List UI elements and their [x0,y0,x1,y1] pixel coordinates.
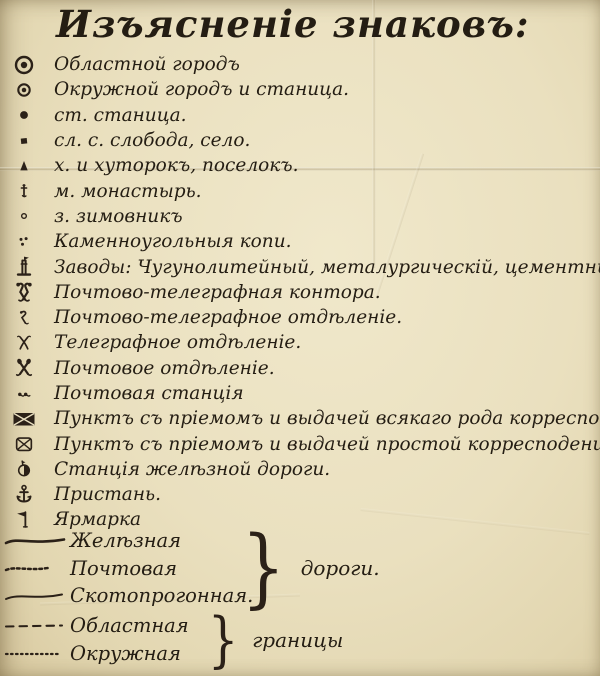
legend-label: Почтово-телеграфное отдѣленіе. [54,307,402,328]
post-telegraph-office-icon [2,279,46,305]
legend-label: сл. с. слобода, село. [54,130,250,151]
borders-rows: Областная Окружная [4,612,204,667]
post-road-line-icon [4,559,68,577]
legend-label: Телеграфное отдѣленіе. [54,332,301,353]
legend-row-post-telegraph-office: Почтово-телеграфная контора. [2,280,598,305]
page-title: Изъясненіе знаковъ: [56,2,530,46]
oblast-city-icon [2,53,46,77]
envelope-outline-icon [2,434,46,454]
road-label: Желѣзная [70,529,181,552]
post-station-icon [2,384,46,404]
legend-label: х. и хуторокъ, поселокъ. [54,155,299,176]
post-branch-icon [2,356,46,380]
legend-row-oblast-city: Областной городъ [2,52,598,77]
road-row-cattle: Скотопрогонная. [4,582,236,610]
legend-row-factory: Заводы: Чугунолитейный, металургическій,… [2,254,598,279]
legend-row-khutor: х. и хуторокъ, поселокъ. [2,153,598,178]
legend-row-post-branch: Почтовое отдѣленіе. [2,356,598,381]
border-row-okrug: Окружная [4,640,204,668]
legend-row-zimovnik: з. зимовникъ [2,204,598,229]
legend-row-railway-station: Станція желѣзной дороги. [2,457,598,482]
roads-group: Желѣзная Почтовая Скотопрогонная. } доро… [4,527,380,610]
zimovnik-icon [2,209,46,223]
legend-rows: Областной городъ Окружной городъ и стани… [2,52,598,533]
legend-row-post-telegraph-branch: Почтово-телеграфное отдѣленіе. [2,305,598,330]
border-label: Областная [70,614,189,637]
monastery-icon [2,182,46,200]
sloboda-selo-icon [2,133,46,149]
legend-label: Пунктъ съ пріемомъ и выдачей простой кор… [54,434,600,455]
legend-label: ст. станица. [54,105,187,126]
road-row-post: Почтовая [4,555,236,583]
legend-row-sloboda: сл. с. слобода, село. [2,128,598,153]
legend-row-monastery: м. монастырь. [2,178,598,203]
legend-label: м. монастырь. [54,181,202,202]
borders-group-label: границы [252,628,343,652]
legend-label: Областной городъ [54,54,240,75]
railway-line-icon [4,532,68,550]
legend-row-telegraph-branch: Телеграфное отдѣленіе. [2,330,598,355]
envelope-filled-icon [2,409,46,429]
roads-group-label: дороги. [301,556,380,580]
legend-label: з. зимовникъ [54,206,183,227]
legend-label: Окружной городъ и станица. [54,79,349,100]
border-label: Окружная [70,642,181,665]
anchor-icon [2,483,46,507]
road-label: Почтовая [70,557,177,580]
legend-row-pier: Пристань. [2,482,598,507]
railway-station-icon [2,458,46,480]
legend-row-coal-mines: Каменноугольныя копи. [2,229,598,254]
legend-label: Почтово-телеграфная контора. [54,282,381,303]
legend-row-envelope-filled: Пунктъ съ пріемомъ и выдачей всякаго род… [2,406,598,431]
legend-label: Почтовая станція [54,383,244,404]
legend-row-post-station: Почтовая станція [2,381,598,406]
borders-group: Областная Окружная } границы [4,612,343,667]
legend-label: Почтовое отдѣленіе. [54,358,275,379]
map-legend-page: Изъясненіе знаковъ: Областной городъ Окр… [0,0,600,676]
legend-label: Пунктъ съ пріемомъ и выдачей всякаго род… [54,408,600,429]
roads-rows: Желѣзная Почтовая Скотопрогонная. [4,527,236,610]
legend-row-envelope-outline: Пунктъ съ пріемомъ и выдачей простой кор… [2,431,598,456]
legend-row-okrug-city: Окружной городъ и станица. [2,77,598,102]
oblast-border-line-icon [4,617,68,635]
okrug-city-icon [2,81,46,99]
road-row-railway: Желѣзная [4,527,236,555]
okrug-border-line-icon [4,644,68,662]
roads-brace: } [241,530,285,607]
legend-row-stanitsa: ст. станица. [2,103,598,128]
borders-brace: } [208,613,239,667]
cattle-drive-line-icon [4,587,68,605]
legend-label: Пристань. [54,484,161,505]
legend-label: Заводы: Чугунолитейный, металургическій,… [54,257,600,278]
telegraph-branch-icon [2,333,46,353]
stanitsa-icon [2,106,46,124]
khutor-poselok-icon [2,158,46,174]
border-row-oblast: Областная [4,612,204,640]
post-telegraph-branch-icon [2,308,46,328]
factory-icon [2,254,46,280]
legend-label: Каменноугольныя копи. [54,231,292,252]
legend-label: Станція желѣзной дороги. [54,459,330,480]
coal-mines-icon [2,233,46,251]
